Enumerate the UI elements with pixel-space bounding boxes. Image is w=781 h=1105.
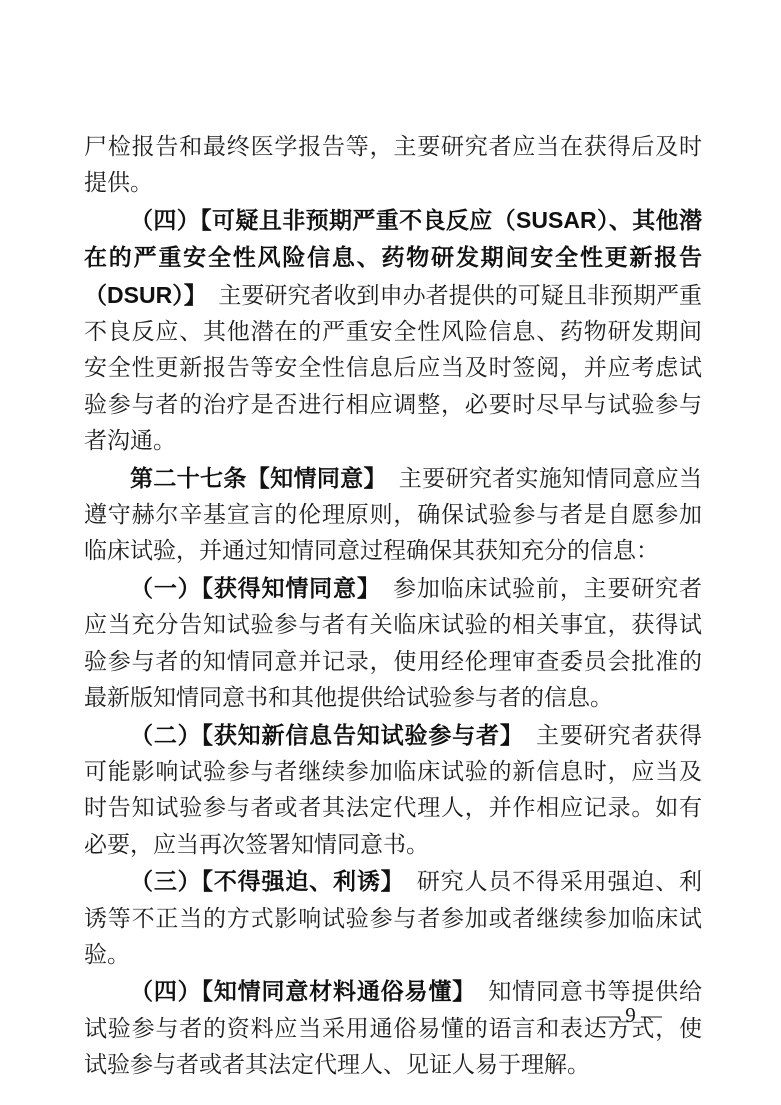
paragraph-item-2-new-information: （二）【获知新信息告知试验参与者】 主要研究者获得可能影响试验参与者继续参加临床… xyxy=(84,717,702,864)
document-text-block: 尸检报告和最终医学报告等，主要研究者应当在获得后及时提供。 （四）【可疑且非预期… xyxy=(84,128,702,1084)
paragraph-head: （一）【获得知情同意】 xyxy=(130,575,369,601)
document-page: 尸检报告和最终医学报告等，主要研究者应当在获得后及时提供。 （四）【可疑且非预期… xyxy=(0,0,781,1105)
page-number: — 9 — xyxy=(599,1001,662,1029)
paragraph-continuation: 尸检报告和最终医学报告等，主要研究者应当在获得后及时提供。 xyxy=(84,128,702,202)
paragraph-item-4-susar-dsur: （四）【可疑且非预期严重不良反应（SUSAR）、其他潜在的严重安全性风险信息、药… xyxy=(84,202,702,460)
paragraph-body: 尸检报告和最终医学报告等，主要研究者应当在获得后及时提供。 xyxy=(84,134,702,195)
paragraph-head: 第二十七条【知情同意】 xyxy=(130,465,375,491)
paragraph-head: （三）【不得强迫、利诱】 xyxy=(130,868,393,894)
paragraph-item-3-no-coercion: （三）【不得强迫、利诱】 研究人员不得采用强迫、利诱等不正当的方式影响试验参与者… xyxy=(84,863,702,973)
paragraph-head: （二）【获知新信息告知试验参与者】 xyxy=(130,722,512,748)
paragraph-body: 主要研究者收到申办者提供的可疑且非预期严重不良反应、其他潜在的严重安全性风险信息… xyxy=(84,283,702,454)
paragraph-head: （四）【知情同意材料通俗易懂】 xyxy=(130,978,465,1004)
paragraph-item-1-obtain-consent: （一）【获得知情同意】 参加临床试验前，主要研究者应当充分告知试验参与者有关临床… xyxy=(84,570,702,717)
paragraph-article-27-informed-consent: 第二十七条【知情同意】 主要研究者实施知情同意应当遵守赫尔辛基宣言的伦理原则，确… xyxy=(84,460,702,570)
